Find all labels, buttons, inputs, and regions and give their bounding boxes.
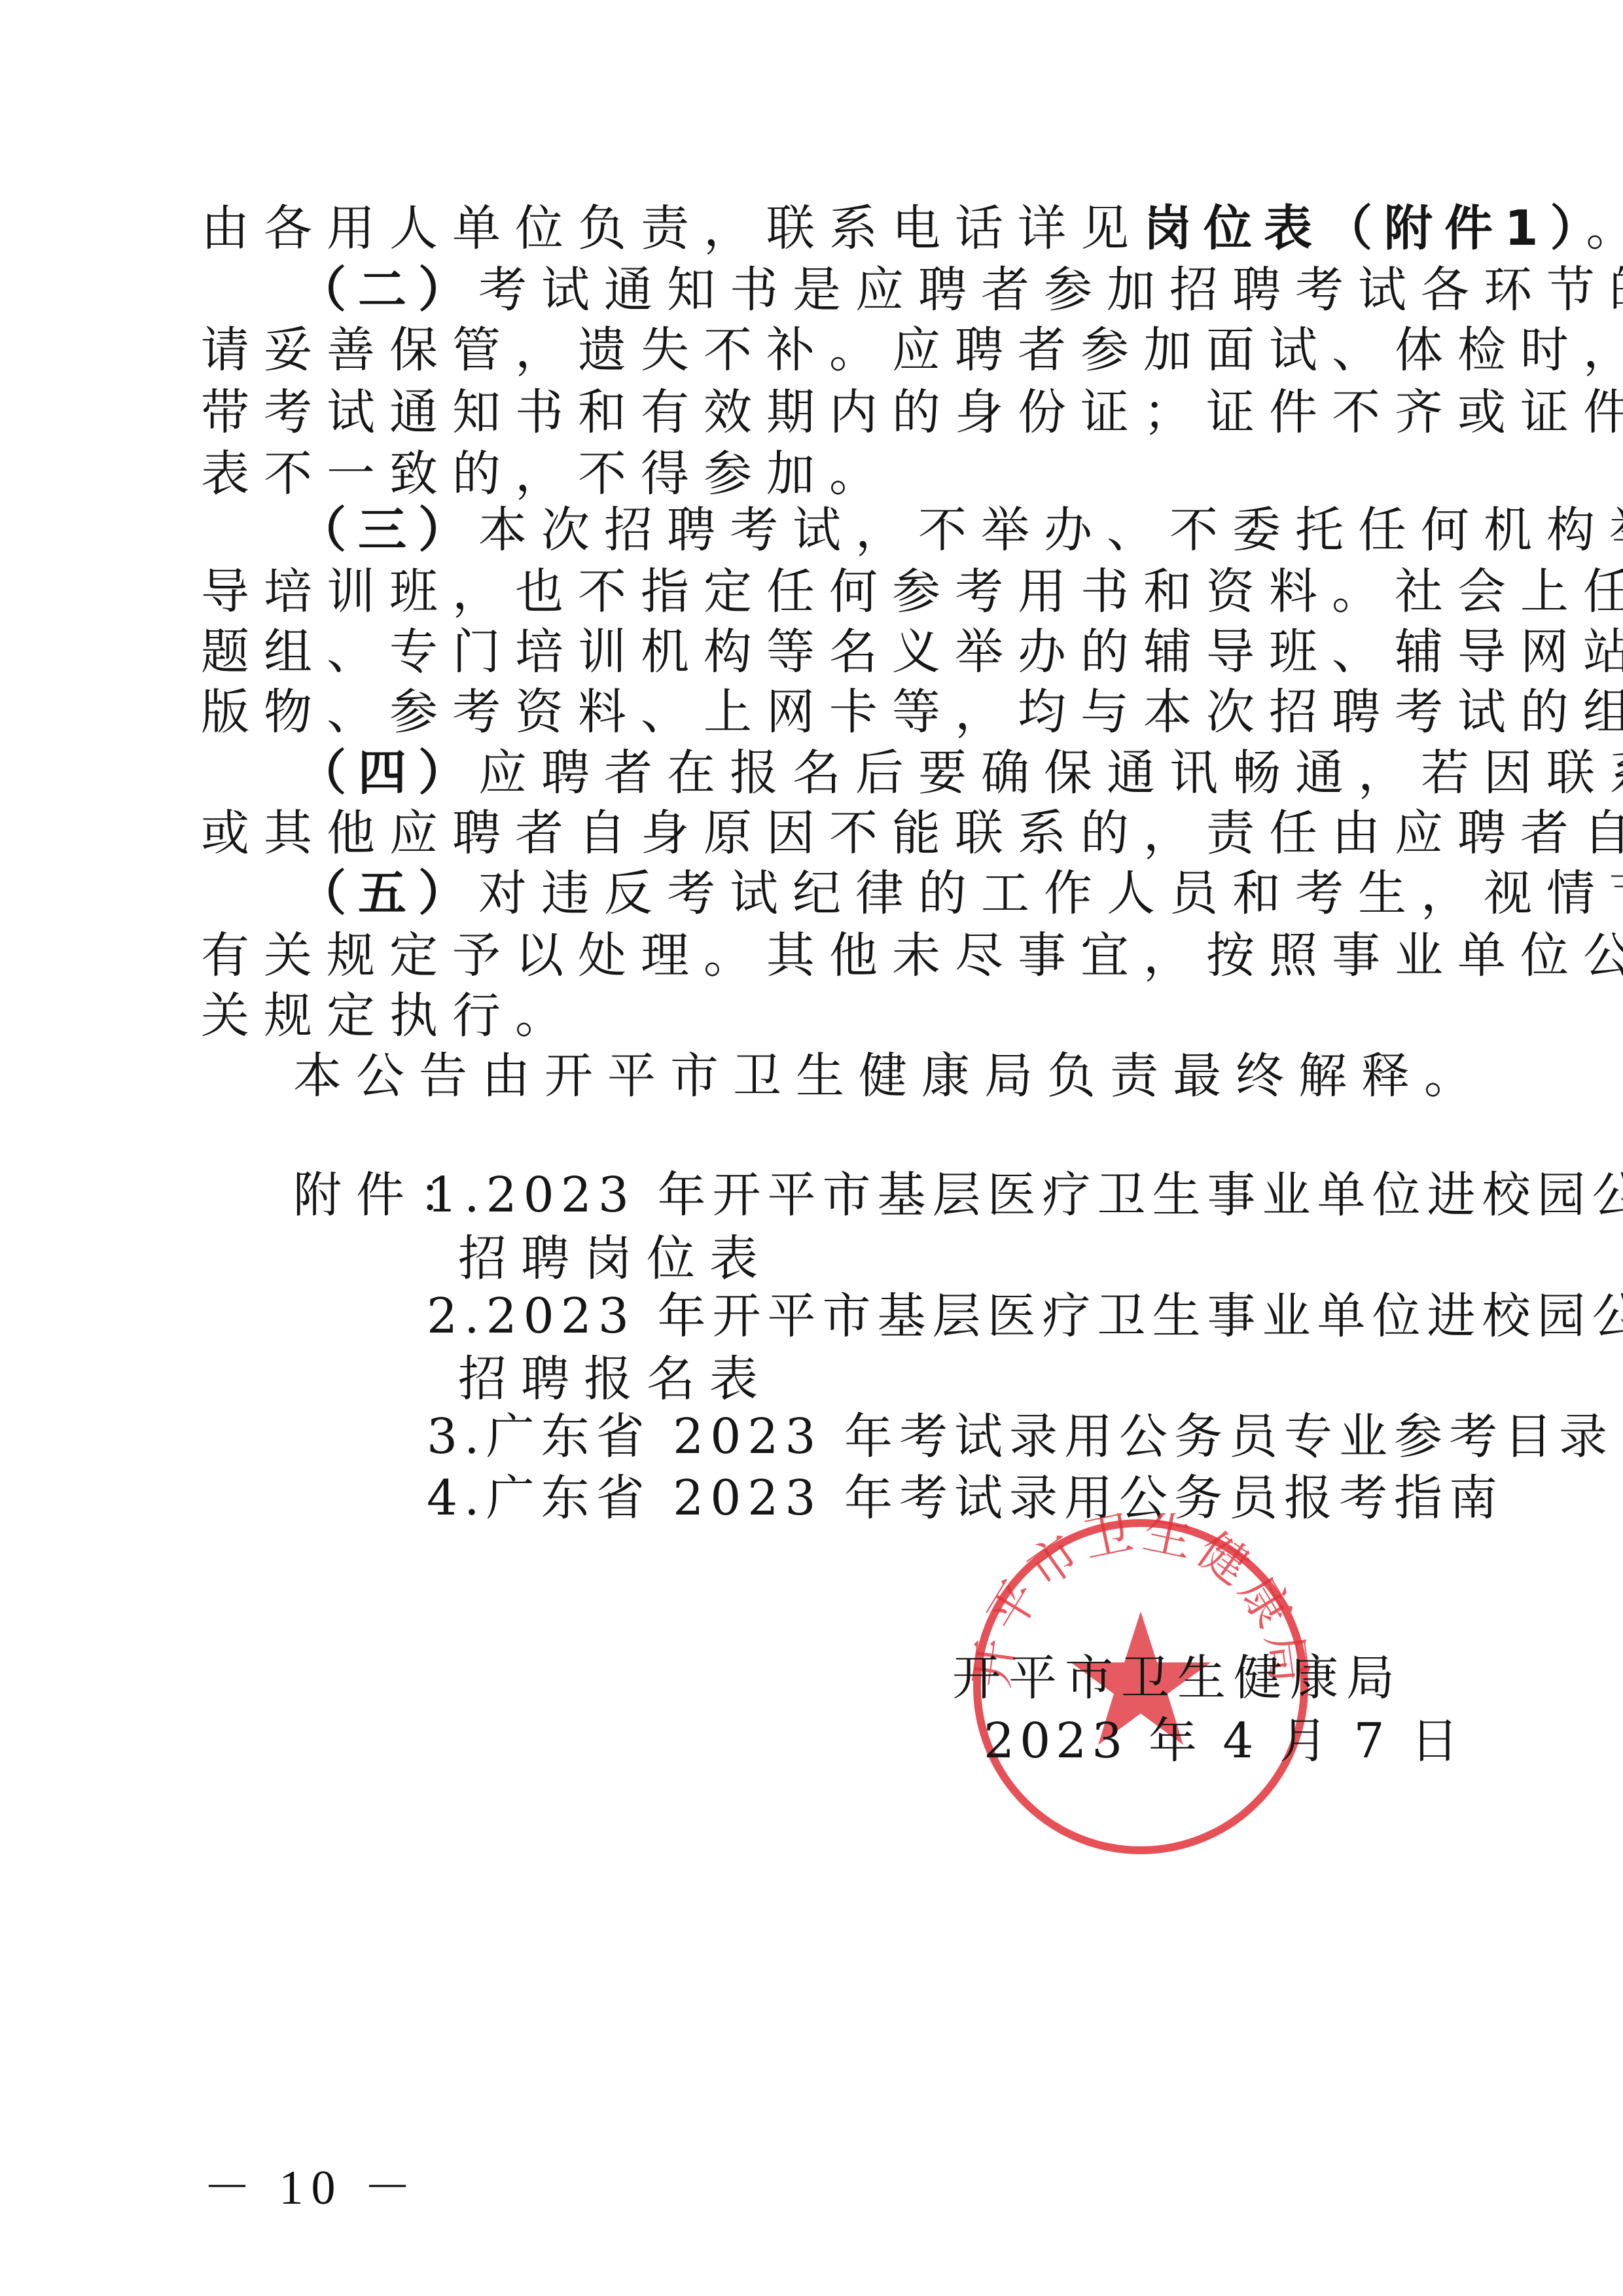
- item-2-line-3: 带考试通知书和有效期内的身份证；证件不齐或证件与报名登记: [201, 383, 1623, 442]
- item-5-line-1: （五）对违反考试纪律的工作人员和考生，视情节轻重，按: [298, 864, 1623, 923]
- item-3-line-3: 题组、专门培训机构等名义举办的辅导班、辅导网站或发行的出: [201, 622, 1623, 681]
- item-text: 应聘者在报名后要确保通讯畅通，若因联系电话有误: [478, 745, 1623, 801]
- final-note: 本公告由开平市卫生健康局负责最终解释。: [293, 1047, 1487, 1105]
- attachment-2-line-2: 招聘报名表: [458, 1350, 772, 1408]
- item-2-line-1: （二）考试通知书是应聘者参加招聘考试各环节的重要证件，: [298, 260, 1623, 319]
- item-3-line-2: 导培训班，也不指定任何参考用书和资料。社会上任何以考试命: [201, 562, 1623, 621]
- page-number: － 10 －: [203, 2159, 419, 2217]
- item-marker: （二）: [298, 262, 478, 318]
- attachment-reference-bold: 岗位表（附件1）: [1143, 200, 1586, 257]
- attachment-1-line-2: 招聘岗位表: [458, 1229, 772, 1288]
- item-text: 本次招聘考试，不举办、不委托任何机构举办考试辅: [478, 502, 1623, 558]
- attachment-1-line-1: 1.2023 年开平市基层医疗卫生事业单位进校园公开: [427, 1166, 1623, 1225]
- item-text: 考试通知书是应聘者参加招聘考试各环节的重要证件，: [478, 262, 1623, 318]
- item-3-line-1: （三）本次招聘考试，不举办、不委托任何机构举办考试辅: [298, 501, 1623, 560]
- attachment-3: 3.广东省 2023 年考试录用公务员专业参考目录: [427, 1407, 1614, 1466]
- item-2-line-4: 表不一致的，不得参加。: [201, 444, 892, 503]
- item-4-line-1: （四）应聘者在报名后要确保通讯畅通，若因联系电话有误: [298, 744, 1623, 802]
- item-3-line-4: 版物、参考资料、上网卡等，均与本次招聘考试的组织方无关。: [201, 683, 1623, 742]
- item-5-line-3: 关规定执行。: [201, 986, 578, 1045]
- item-marker: （五）: [298, 865, 478, 922]
- item-text: 对违反考试纪律的工作人员和考生，视情节轻重，按: [478, 865, 1623, 922]
- item-marker: （三）: [298, 502, 478, 558]
- item-5-line-2: 有关规定予以处理。其他未尽事宜，按照事业单位公开招聘的相: [201, 926, 1623, 985]
- item-4-line-2: 或其他应聘者自身原因不能联系的，责任由应聘者自负。: [201, 804, 1623, 863]
- paragraph-line: 由各用人单位负责，联系电话详见岗位表（附件1）。: [201, 199, 1623, 258]
- attachment-2-line-1: 2.2023 年开平市基层医疗卫生事业单位进校园公开: [427, 1287, 1623, 1346]
- item-2-line-2: 请妥善保管，遗失不补。应聘者参加面试、体检时，必须同时携: [201, 321, 1623, 380]
- paragraph-text: 由各用人单位负责，联系电话详见: [201, 200, 1143, 257]
- signature-date: 2023 年 4 月 7 日: [984, 1712, 1464, 1770]
- signature-organization: 开平市卫生健康局: [952, 1649, 1402, 1708]
- attachment-4: 4.广东省 2023 年考试录用公务员报考指南: [427, 1469, 1504, 1528]
- item-marker: （四）: [298, 745, 478, 801]
- punctuation: 。: [1586, 200, 1623, 257]
